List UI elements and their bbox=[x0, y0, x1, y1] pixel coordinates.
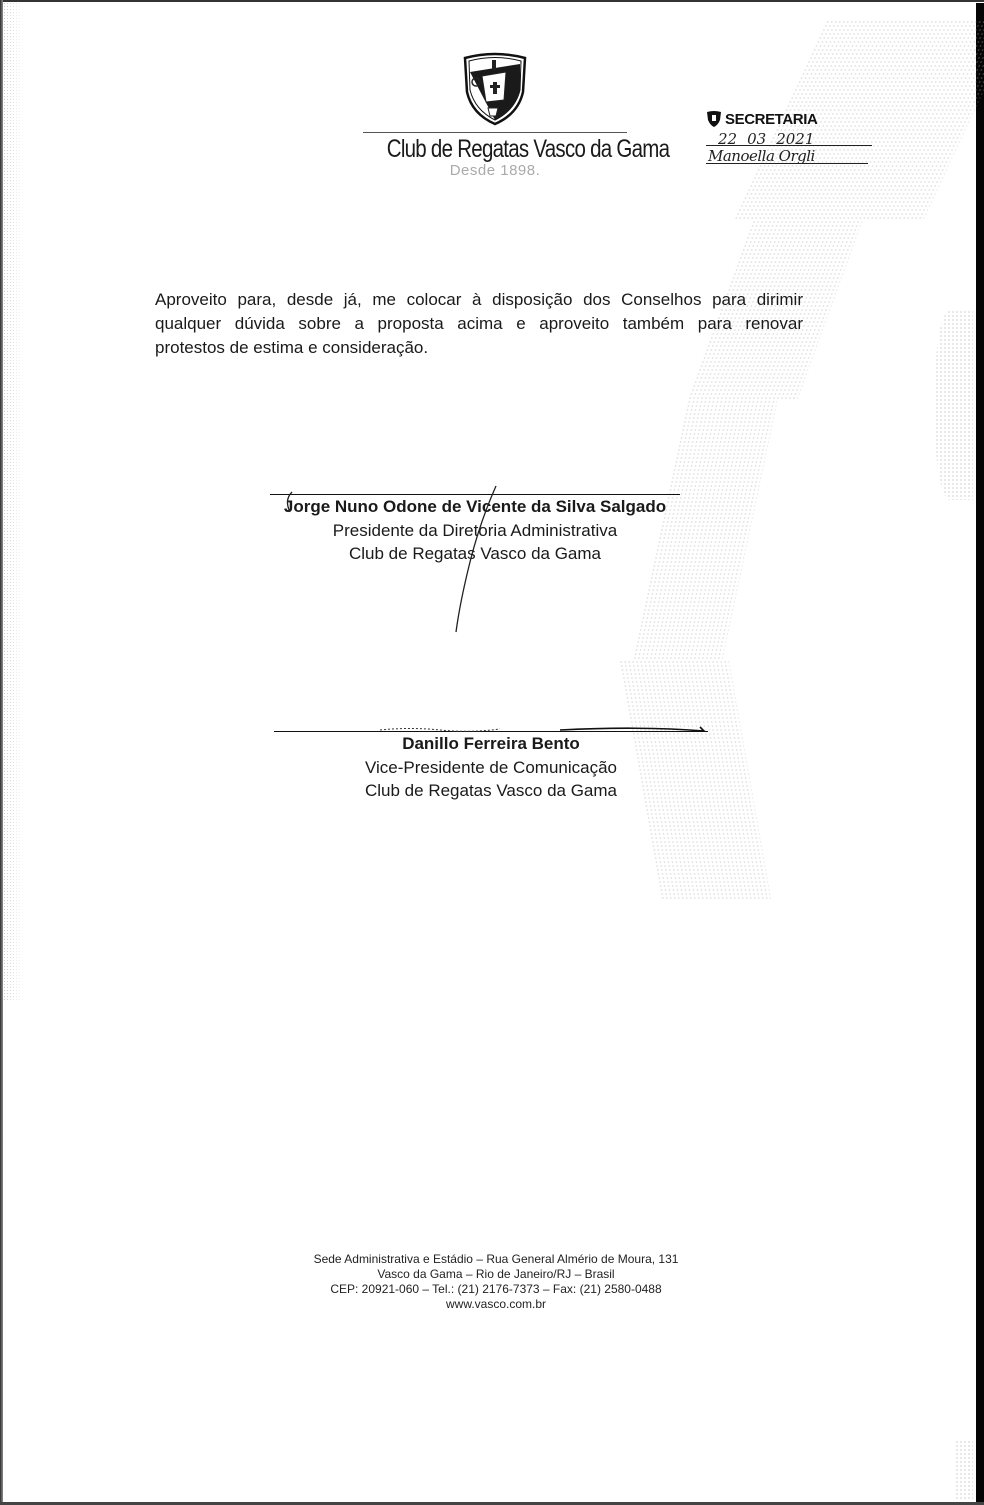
signatory-organization: Club de Regatas Vasco da Gama bbox=[270, 542, 680, 566]
signatory-name: Danillo Ferreira Bento bbox=[274, 732, 708, 756]
footer-contact: CEP: 20921-060 – Tel.: (21) 2176-7373 – … bbox=[296, 1282, 696, 1297]
letterhead-footer: Sede Administrativa e Estádio – Rua Gene… bbox=[296, 1252, 696, 1312]
scan-noise-left bbox=[3, 2, 25, 1002]
footer-address: Sede Administrativa e Estádio – Rua Gene… bbox=[296, 1252, 696, 1267]
vasco-crest-icon bbox=[706, 110, 722, 128]
club-name: Club de Regatas Vasco da Gama bbox=[387, 135, 603, 164]
letterhead-rule bbox=[363, 132, 627, 133]
vasco-crest-icon bbox=[460, 52, 530, 126]
scan-noise bbox=[935, 310, 973, 500]
founded-tagline: Desde 1898. bbox=[363, 162, 627, 179]
closing-paragraph-text: Aproveito para, desde já, me colocar à d… bbox=[155, 290, 803, 333]
closing-paragraph-last-line: protestos de estima e consideração. bbox=[155, 336, 803, 384]
footer-website: www.vasco.com.br bbox=[296, 1297, 696, 1312]
closing-paragraph-last-text: protestos de estima e consideração. bbox=[155, 338, 428, 357]
scan-edge-right bbox=[976, 3, 984, 1505]
signature-block-president: Jorge Nuno Odone de Vicente da Silva Sal… bbox=[270, 494, 680, 566]
stamp-date-month: 03 bbox=[747, 130, 766, 148]
scan-edge-top bbox=[0, 0, 984, 2]
scan-noise bbox=[955, 1440, 973, 1500]
signatory-organization: Club de Regatas Vasco da Gama bbox=[274, 779, 708, 803]
stamp-date-day: 22 bbox=[718, 130, 737, 148]
stamp-title: SECRETARIA bbox=[725, 111, 817, 128]
signatory-name: Jorge Nuno Odone de Vicente da Silva Sal… bbox=[270, 495, 680, 519]
secretaria-stamp: SECRETARIA 22 03 2021 Manoella Orgli bbox=[706, 110, 872, 164]
letterhead: Club de Regatas Vasco da Gama Desde 1898… bbox=[363, 52, 627, 179]
signature-block-vp-communication: Danillo Ferreira Bento Vice-Presidente d… bbox=[274, 731, 708, 803]
signatory-role: Vice-Presidente de Comunicação bbox=[274, 756, 708, 780]
stamp-date-year: 2021 bbox=[776, 130, 814, 148]
signatory-role: Presidente da Diretoria Administrativa bbox=[270, 519, 680, 543]
footer-city: Vasco da Gama – Rio de Janeiro/RJ – Bras… bbox=[296, 1267, 696, 1282]
